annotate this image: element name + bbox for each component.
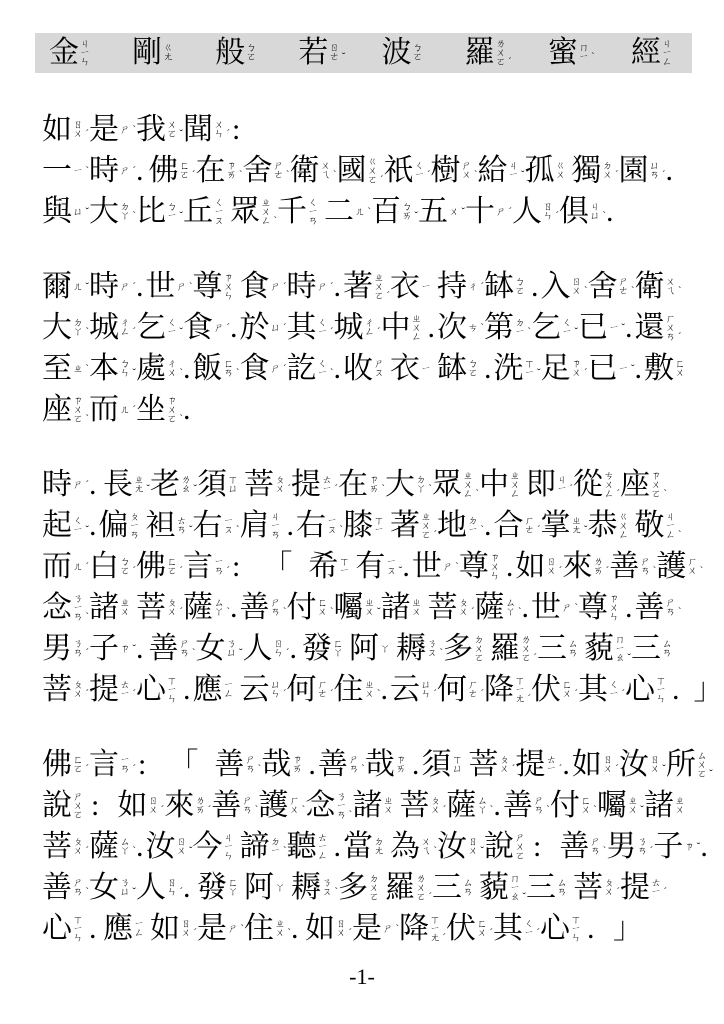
ruby-char: 乞ㄑㄧˇ: [531, 312, 576, 344]
bopomofo-glyph: ㄥ: [261, 217, 271, 226]
bopomofo-glyph: ㄛ: [697, 770, 707, 779]
hanzi: 十: [465, 196, 495, 228]
tone-mark: ˊ: [132, 405, 136, 415]
hanzi: 佛: [42, 749, 72, 781]
hanzi: 丘: [183, 196, 213, 228]
ruby-char: 尊ㄗㄨㄣ: [459, 551, 504, 583]
ruby-char: 降ㄒㄧㄤˊ: [484, 674, 529, 706]
zhuyin-annotation: ㄔㄥˊ: [365, 319, 375, 337]
zhuyin-annotation: ㄗㄨㄣ: [609, 595, 619, 622]
tone-mark: ˊ: [386, 291, 390, 301]
bopomofo-glyph: ㄛ: [474, 654, 484, 663]
tone-mark: ˇ: [377, 607, 381, 617]
hanzi: 著: [390, 510, 420, 542]
hanzi: 汝: [437, 831, 467, 863]
hanzi: 藐: [584, 633, 614, 665]
ruby-char: 孤ㄍㄨ: [525, 155, 570, 187]
hanzi: 如: [572, 749, 602, 781]
ruby-char: 起ㄑㄧˇ: [42, 510, 87, 542]
hanzi: 菩: [573, 872, 603, 904]
ruby-char: 老ㄌㄠˇ: [150, 469, 195, 501]
tone-mark: ˋ: [433, 846, 437, 856]
ruby-char: 時ㄕˊ: [42, 469, 87, 501]
tone-mark: ˊ: [508, 57, 512, 67]
hanzi: 在: [338, 469, 368, 501]
punctuation: .: [290, 633, 301, 665]
tone-mark: ˋ: [179, 368, 183, 378]
zhuyin-annotation: ㄒㄧㄤˊ: [430, 916, 440, 943]
ruby-char: 今ㄐㄧㄣ: [193, 831, 238, 863]
tone-mark: ˊ: [533, 653, 537, 663]
tone-mark: ˋ: [602, 211, 606, 221]
ruby-char: 囑ㄓㄨˇ: [334, 592, 379, 624]
text-line: 菩ㄆㄨˊ薩ㄙㄚˋ.汝ㄖㄨˇ今ㄐㄧㄣ諦ㄉㄧˋ聽ㄊㄧㄥ.當ㄉㄤ為ㄨㄟˋ汝ㄖㄨˇ說ㄕㄨ…: [42, 822, 678, 863]
zhuyin-annotation: ㄏㄨˋ: [289, 797, 299, 815]
tone-mark: ˋ: [678, 286, 682, 296]
ruby-char: 汝ㄖㄨˇ: [437, 831, 482, 863]
bopomofo-glyph: ㄨ: [477, 929, 487, 938]
zhuyin-annotation: ㄧㄢˊ: [120, 756, 130, 774]
tone-mark: ˋ: [85, 166, 89, 176]
zhuyin-annotation: ㄕㄡ: [374, 360, 384, 378]
bopomofo-glyph: ㄛ: [368, 176, 378, 185]
hanzi: 諸: [644, 790, 674, 822]
bopomofo-glyph: ㄩ: [227, 649, 237, 658]
hanzi: 衛: [290, 155, 320, 187]
tone-mark: ˊ: [508, 207, 512, 217]
ruby-char: 已ㄧˇ: [578, 312, 623, 344]
bopomofo-glyph: ㄢ: [271, 531, 281, 540]
zhuyin-annotation: ㄕㄢˋ: [666, 599, 676, 617]
ruby-char: 善ㄕㄢˋ: [609, 551, 654, 583]
hanzi: 舍: [588, 271, 618, 303]
zhuyin-annotation: ㄧㄡˋ: [224, 517, 234, 535]
hanzi: 囑: [334, 592, 364, 624]
zhuyin-annotation: ㄖㄨˊ: [148, 797, 158, 815]
bopomofo-glyph: ㄧ: [609, 690, 619, 699]
tone-mark: ˇ: [179, 211, 183, 221]
bopomofo-glyph: ㄚ: [214, 608, 224, 617]
tone-mark: ˋ: [527, 327, 531, 337]
tone-mark: ˊ: [132, 282, 136, 292]
zhuyin-annotation: ㄋㄩˇ: [227, 640, 237, 658]
hanzi: 云: [390, 674, 420, 706]
hanzi: 是: [89, 114, 119, 146]
hanzi: 聞: [183, 114, 213, 146]
zhuyin-annotation: ㄆㄨˊ: [604, 879, 614, 897]
hanzi: 付: [287, 592, 317, 624]
bopomofo-glyph: ㄗ: [684, 843, 694, 852]
ruby-char: 食ㄕˊ: [240, 353, 285, 385]
hanzi: 哉: [365, 749, 395, 781]
bopomofo-glyph: ㄨ: [462, 171, 472, 180]
bopomofo-glyph: ㄜ: [619, 287, 629, 296]
zhuyin-annotation: ㄓㄨ: [383, 797, 393, 815]
ruby-char: 中ㄓㄨㄥ: [381, 312, 426, 344]
hanzi: 佛: [136, 551, 166, 583]
bopomofo-glyph: ㄛ: [421, 531, 431, 540]
tone-mark: ˊ: [471, 607, 475, 617]
bopomofo-glyph: ㄨ: [459, 608, 469, 617]
tone-mark: ˇ: [146, 484, 150, 494]
ruby-char: 付ㄈㄨˋ: [287, 592, 332, 624]
punctuation: 「: [168, 749, 198, 781]
bopomofo-glyph: ㄛ: [120, 567, 130, 576]
hanzi: 降: [399, 913, 429, 945]
punctuation: .: [136, 271, 144, 303]
bopomofo-glyph: ㄨ: [412, 608, 422, 617]
hanzi: 伏: [446, 913, 476, 945]
ruby-char: 說ㄕㄨㄛ: [42, 790, 87, 822]
bopomofo-glyph: ㄢ: [73, 649, 83, 658]
ruby-char: 諸ㄓㄨ: [352, 790, 397, 822]
tone-mark: ˊ: [663, 887, 667, 897]
zhuyin-annotation: ㄑㄧˇ: [167, 319, 177, 337]
hanzi: 菩: [42, 831, 72, 863]
ruby-char: 諸ㄓㄨ: [89, 592, 134, 624]
ruby-char: 是ㄕˋ: [197, 913, 242, 945]
zhuyin-annotation: ㄒㄧ: [374, 517, 384, 535]
ruby-char: 足ㄗㄨˊ: [541, 353, 586, 385]
zhuyin-annotation: ㄗㄞ: [396, 756, 406, 774]
hanzi: 入: [541, 271, 571, 303]
bopomofo-glyph: ㄧ: [271, 847, 281, 856]
bopomofo-glyph: ㄨ: [365, 690, 375, 699]
zhuyin-annotation: ㄙㄢ: [568, 640, 578, 658]
hanzi: 羅: [385, 872, 415, 904]
bopomofo-glyph: ㄞ: [369, 485, 379, 494]
punctuation: .: [625, 312, 633, 344]
ruby-char: 即ㄐㄧˊ: [526, 469, 571, 501]
title-bar: 金ㄐㄧㄣ剛ㄍㄤ般ㄅㄛ若ㄖㄜˇ波ㄅㄛ羅ㄌㄨㄛˊ蜜ㄇㄧˋ經ㄐㄧㄥ: [35, 33, 692, 73]
bopomofo-glyph: ㄕ: [120, 126, 130, 135]
hanzi: 為: [390, 831, 420, 863]
bopomofo-glyph: ㄨ: [275, 485, 285, 494]
ruby-char: 阿ㄚ: [349, 633, 394, 665]
bopomofo-glyph: ㄕ: [443, 563, 453, 572]
hanzi: 子: [89, 633, 119, 665]
zhuyin-annotation: ㄑㄧˊ: [415, 162, 425, 180]
zhuyin-annotation: ㄉㄨㄛ: [369, 875, 379, 902]
ruby-char: 膝ㄒㄧ: [343, 510, 388, 542]
bopomofo-glyph: ㄥ: [412, 333, 422, 342]
ruby-char: 大ㄉㄚˋ: [42, 312, 87, 344]
zhuyin-annotation: ㄕˊ: [73, 481, 83, 490]
zhuyin-annotation: ㄊㄧˊ: [651, 879, 661, 897]
bopomofo-glyph: ㄧ: [415, 171, 425, 180]
zhuyin-annotation: ㄓㄨ: [412, 599, 422, 617]
hanzi: 眾: [432, 469, 462, 501]
hanzi: 從: [573, 469, 603, 501]
ruby-char: 大ㄉㄚˋ: [89, 196, 134, 228]
zhuyin-annotation: ㄦˇ: [73, 283, 83, 292]
sutra-body: 如ㄖㄨˊ是ㄕˋ我ㄨㄛˇ聞ㄨㄣˊ:一ㄧˋ時ㄕˊ.佛ㄈㄛˊ在ㄗㄞˋ舍ㄕㄜˋ衛ㄨㄟˋ國…: [42, 105, 678, 945]
bopomofo-glyph: ㄨ: [449, 208, 459, 217]
tone-mark: ˋ: [330, 368, 334, 378]
bopomofo-glyph: ㄞ: [593, 567, 603, 576]
hanzi: 善: [214, 749, 244, 781]
hanzi: 三: [537, 633, 567, 665]
bopomofo-glyph: ㄧ: [73, 526, 83, 535]
bopomofo-glyph: ㄚ: [275, 884, 285, 893]
bopomofo-glyph: ㄡ: [386, 567, 396, 576]
ruby-char: 座ㄗㄨㄛˋ: [42, 394, 87, 426]
bopomofo-glyph: ㄥ: [619, 531, 629, 540]
ruby-char: 園ㄩㄢˊ: [619, 155, 664, 187]
hanzi: 諸: [352, 790, 382, 822]
hanzi: 如: [305, 913, 335, 945]
text-line: 爾ㄦˇ時ㄕˊ.世ㄕˋ尊ㄗㄨㄣ食ㄕˊ時ㄕˊ.著ㄓㄨㄛˊ衣ㄧ持ㄔˊ缽ㄅㄛ.入ㄖㄨˋ舍…: [42, 262, 678, 303]
hanzi: 膝: [343, 510, 373, 542]
bopomofo-glyph: ㄢ: [214, 567, 224, 576]
ruby-char: 汝ㄖㄨˇ: [619, 749, 664, 781]
hanzi: 如: [150, 913, 180, 945]
ruby-char: 缽ㄅㄛ: [437, 353, 482, 385]
hanzi: 衣: [390, 353, 420, 385]
zhuyin-annotation: ㄓㄨㄥ: [510, 472, 520, 499]
zhuyin-annotation: ㄖㄨˊ: [603, 756, 613, 774]
hanzi: 多: [338, 872, 368, 904]
tone-mark: ˊ: [615, 764, 619, 774]
hanzi: 心: [136, 674, 166, 706]
bopomofo-glyph: ㄢ: [245, 765, 255, 774]
tone-mark: ˊ: [226, 323, 230, 333]
ruby-char: 善ㄕㄢˋ: [635, 592, 680, 624]
tone-mark: ˋ: [85, 612, 89, 622]
tone-mark: ˋ: [330, 607, 334, 617]
hanzi: 衣: [390, 271, 420, 303]
zhuyin-annotation: ㄙㄚˋ: [477, 797, 487, 815]
hanzi: 中: [381, 312, 411, 344]
tone-mark: ˋ: [678, 607, 682, 617]
zhuyin-annotation: ㄌㄠˇ: [181, 476, 191, 494]
hanzi: 如: [42, 114, 72, 146]
zhuyin-annotation: ㄍㄨㄛˊ: [368, 158, 378, 185]
hanzi: 中: [479, 469, 509, 501]
zhuyin-annotation: ㄈㄛˊ: [73, 756, 83, 774]
zhuyin-annotation: ㄒㄧㄣ: [73, 916, 83, 943]
bopomofo-glyph: ㄣ: [274, 649, 284, 658]
punctuation: .: [287, 510, 295, 542]
sutra-page: 金ㄐㄧㄣ剛ㄍㄤ般ㄅㄛ若ㄖㄜˇ波ㄅㄛ羅ㄌㄨㄛˊ蜜ㄇㄧˋ經ㄐㄧㄥ 如ㄖㄨˊ是ㄕˋ我ㄨ…: [0, 0, 724, 1024]
bopomofo-glyph: ㄢ: [662, 649, 672, 658]
tone-mark: ˊ: [193, 928, 197, 938]
hanzi: 世: [531, 592, 561, 624]
tone-mark: ˊ: [132, 689, 136, 699]
bopomofo-glyph: ㄜ: [468, 690, 478, 699]
text-line: 大ㄉㄚˋ城ㄔㄥˊ乞ㄑㄧˇ食ㄕˊ.於ㄩˊ其ㄑㄧˊ城ㄔㄥˊ中ㄓㄨㄥ.次ㄘˋ第ㄉㄧˋ乞…: [42, 303, 678, 344]
ruby-char: 著ㄓㄨㄛˊ: [343, 271, 388, 303]
ruby-char: 所ㄙㄨㄛˇ: [666, 749, 711, 781]
tone-mark: ˇ: [85, 282, 89, 292]
hanzi: 菩: [42, 674, 72, 706]
zhuyin-annotation: ㄩㄢˊ: [650, 162, 660, 180]
punctuation: .: [531, 271, 539, 303]
ruby-char: 祇ㄑㄧˊ: [384, 155, 429, 187]
hanzi: 提: [291, 469, 321, 501]
ruby-char: 右ㄧㄡˋ: [296, 510, 341, 542]
tone-mark: ˊ: [555, 211, 559, 221]
zhuyin-annotation: ㄓㄤˇ: [134, 476, 144, 494]
hanzi: 汝: [146, 831, 176, 863]
bopomofo-glyph: ㄤ: [374, 847, 384, 856]
bopomofo-glyph: ㄨ: [603, 171, 613, 180]
ruby-char: 善ㄕㄢˋ: [240, 592, 285, 624]
ruby-char: 第ㄉㄧˋ: [484, 312, 529, 344]
hanzi: 次: [437, 312, 467, 344]
bopomofo-glyph: ㄧ: [374, 526, 384, 535]
tone-mark: ˊ: [179, 607, 183, 617]
ruby-char: 三ㄙㄢ: [432, 872, 477, 904]
tone-mark: ˋ: [475, 489, 479, 499]
hanzi: 蜜: [548, 37, 578, 69]
zhuyin-annotation: ㄗㄨㄛˋ: [651, 472, 661, 499]
punctuation: .: [587, 913, 599, 945]
ruby-char: 囑ㄓㄨˇ: [597, 790, 642, 822]
bopomofo-glyph: ㄛ: [374, 292, 384, 301]
tone-mark: ˇ: [189, 846, 193, 856]
zhuyin-annotation: ㄊㄢˇ: [177, 517, 187, 535]
tone-mark: ˇ: [480, 846, 484, 856]
zhuyin-annotation: ㄒㄧˇ: [525, 360, 535, 378]
tone-mark: ˇ: [85, 207, 89, 217]
zhuyin-annotation: ㄓㄨ: [120, 599, 130, 617]
hanzi: 世: [146, 271, 176, 303]
zhuyin-annotation: ㄔㄨˋ: [167, 360, 177, 378]
bopomofo-glyph: ㄨ: [468, 847, 478, 856]
hanzi: 提: [89, 674, 119, 706]
ruby-char: 住ㄓㄨˋ: [244, 913, 289, 945]
zhuyin-annotation: ㄕㄢˋ: [349, 756, 359, 774]
tone-mark: ˊ: [536, 928, 540, 938]
ruby-char: 伏ㄈㄨˊ: [446, 913, 491, 945]
hanzi: 已: [578, 312, 608, 344]
bopomofo-glyph: ㄢ: [224, 369, 234, 378]
zhuyin-annotation: ㄈㄛˊ: [180, 162, 190, 180]
bopomofo-glyph: ㄢ: [271, 608, 281, 617]
zhuyin-annotation: ㄧㄥ: [224, 681, 234, 699]
ruby-char: 三ㄙㄢ: [631, 633, 676, 665]
hanzi: 於: [240, 312, 270, 344]
bopomofo-glyph: ㄥ: [510, 490, 520, 499]
ruby-char: 護ㄏㄨˋ: [656, 551, 701, 583]
tone-mark: ˊ: [330, 282, 334, 292]
ruby-char: 樹ㄕㄨˋ: [431, 155, 476, 187]
zhuyin-annotation: ㄓㄨㄛˊ: [421, 513, 431, 540]
hanzi: 經: [631, 37, 661, 69]
punctuation: .: [183, 394, 195, 426]
zhuyin-annotation: ㄙㄢ: [463, 879, 473, 897]
tone-mark: ˊ: [283, 323, 287, 333]
bopomofo-glyph: ㄕ: [271, 283, 281, 292]
zhuyin-annotation: ㄓㄨㄥˋ: [463, 472, 473, 499]
bopomofo-glyph: ㄞ: [227, 171, 237, 180]
bopomofo-glyph: ㄕ: [120, 167, 130, 176]
tone-mark: ˇ: [461, 207, 465, 217]
ruby-char: 當ㄉㄤ: [343, 831, 388, 863]
bopomofo-glyph: ㄨ: [675, 369, 685, 378]
zhuyin-annotation: ㄇㄧㄠˇ: [615, 636, 625, 663]
hanzi: 阿: [349, 633, 379, 665]
ruby-char: 時ㄕˊ: [89, 271, 134, 303]
bopomofo-glyph: ㄧ: [318, 369, 328, 378]
hanzi: 菩: [244, 469, 274, 501]
zhuyin-annotation: ㄇㄧㄠˇ: [510, 875, 520, 902]
bopomofo-glyph: ㄧ: [579, 53, 589, 62]
bopomofo-glyph: ㄕ: [271, 365, 281, 374]
bopomofo-glyph: ㄢ: [177, 526, 187, 535]
zhuyin-annotation: ㄩˇ: [73, 208, 83, 217]
zhuyin-annotation: ㄕㄢˋ: [73, 879, 83, 897]
zhuyin-annotation: ㄒㄧ: [339, 558, 349, 576]
hanzi: 善: [42, 872, 72, 904]
bopomofo-glyph: ㄛ: [515, 287, 525, 296]
hanzi: 菩: [428, 592, 458, 624]
zhuyin-annotation: ㄓㄨㄛˊ: [374, 274, 384, 301]
ruby-char: 若ㄖㄜˇ: [298, 37, 343, 69]
hanzi: 護: [258, 790, 288, 822]
zhuyin-annotation: ㄗˇ: [684, 843, 694, 852]
hanzi: 還: [635, 312, 665, 344]
tone-mark: ˊ: [85, 689, 89, 699]
tone-mark: ˋ: [480, 323, 484, 333]
ruby-char: 人ㄖㄣˊ: [243, 633, 288, 665]
ruby-char: 白ㄅㄛˊ: [89, 551, 134, 583]
zhuyin-annotation: ㄈㄛˊ: [167, 558, 177, 576]
hanzi: 大: [42, 312, 72, 344]
tone-mark: ˋ: [490, 805, 494, 815]
punctuation: .: [183, 674, 191, 706]
tone-mark: ˋ: [678, 530, 682, 540]
bopomofo-glyph: ㄧ: [339, 567, 349, 576]
punctuation: .: [606, 196, 618, 228]
zhuyin-annotation: ㄉㄚˋ: [416, 476, 426, 494]
tone-mark: ˊ: [380, 175, 384, 185]
ruby-char: 菩ㄆㄨˊ: [399, 790, 444, 822]
bopomofo-glyph: ㄨ: [675, 806, 685, 815]
hanzi: 女: [196, 633, 226, 665]
ruby-char: 何ㄏㄜˊ: [287, 674, 332, 706]
bopomofo-glyph: ㄠ: [181, 485, 191, 494]
ruby-char: 善ㄕㄢˋ: [214, 749, 259, 781]
bopomofo-glyph: ㄟ: [421, 847, 431, 856]
bopomofo-glyph: ㄨ: [650, 765, 660, 774]
ruby-char: 三ㄙㄢ: [526, 872, 571, 904]
tone-mark: ˋ: [377, 689, 381, 699]
tone-mark: ˊ: [283, 689, 287, 699]
zhuyin-annotation: ㄊㄧˊ: [546, 756, 556, 774]
bopomofo-glyph: ㄚ: [416, 485, 426, 494]
bopomofo-glyph: ㄢ: [534, 806, 544, 815]
ruby-char: 持ㄔˊ: [437, 271, 482, 303]
hanzi: 須: [197, 469, 227, 501]
ruby-char: 二ㄦˋ: [324, 196, 369, 228]
bopomofo-glyph: ㄢ: [637, 847, 647, 856]
tone-mark: ˋ: [653, 566, 657, 576]
hanzi: 提: [515, 749, 545, 781]
ruby-char: 尊ㄗㄨㄣ: [193, 271, 238, 303]
zhuyin-annotation: ㄋㄧㄢˋ: [336, 793, 346, 820]
zhuyin-annotation: ㄊㄧˊ: [322, 476, 332, 494]
tone-mark: ˊ: [226, 566, 230, 576]
tone-mark: ˋ: [591, 52, 595, 62]
zhuyin-annotation: ㄖㄣˊ: [274, 640, 284, 658]
hanzi: 與: [42, 196, 72, 228]
zhuyin-annotation: ㄨㄟˋ: [666, 278, 676, 296]
bopomofo-glyph: ㄧ: [546, 765, 556, 774]
punctuation: :: [232, 114, 240, 146]
zhuyin-annotation: ㄩㄣˊ: [421, 681, 431, 699]
